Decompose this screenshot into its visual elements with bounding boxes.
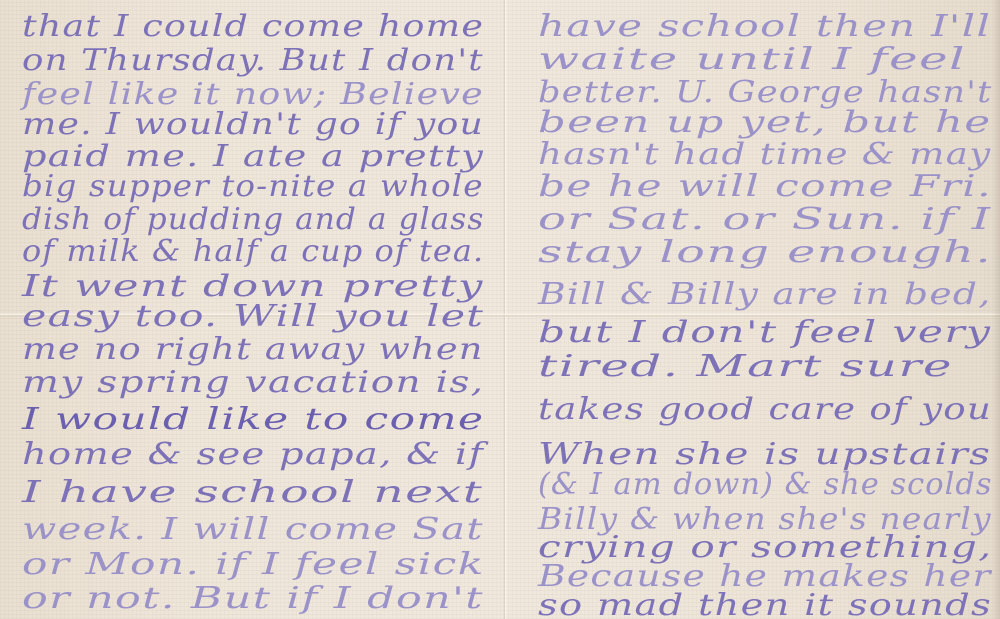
handwritten-line: of milk & half a cup of tea.	[22, 237, 484, 267]
handwritten-line: me. I wouldn't go if you	[22, 110, 484, 140]
handwritten-line: feel like it now; Believe	[22, 80, 484, 110]
handwritten-line: be he will come Fri.	[538, 172, 992, 202]
handwritten-line: Bill & Billy are in bed,	[538, 280, 991, 310]
handwritten-line: or Sat. or Sun. if I	[538, 205, 992, 235]
handwritten-line: so mad then it sounds	[538, 591, 992, 619]
handwritten-line: paid me. I ate a pretty	[22, 142, 484, 172]
right-column: have school then I'll waite until I feel…	[538, 0, 1000, 619]
handwritten-line: week. I will come Sat	[22, 515, 484, 545]
handwritten-letter-page: that I could come home on Thursday. But …	[0, 0, 1000, 619]
left-column: that I could come home on Thursday. But …	[22, 0, 492, 619]
handwritten-line: have school then I'll	[538, 12, 991, 42]
vertical-fold-crease	[503, 0, 507, 619]
handwritten-line: easy too. Will you let	[22, 302, 484, 332]
handwritten-line: hasn't had time & may	[538, 140, 991, 170]
handwritten-line: I would like to come	[22, 405, 484, 435]
handwritten-line: me no right away when	[22, 335, 484, 365]
handwritten-line: tired. Mart sure	[538, 352, 953, 382]
handwritten-line: waite until I feel	[538, 45, 966, 75]
handwritten-line: better. U. George hasn't	[538, 78, 992, 108]
handwritten-line: I have school next	[22, 478, 483, 508]
handwritten-line: (& I am down) & she scolds	[538, 470, 993, 500]
handwritten-line: on Thursday. But I don't	[22, 46, 484, 76]
handwritten-line: When she is upstairs	[538, 440, 991, 470]
handwritten-line: that I could come home	[22, 12, 484, 42]
handwritten-line: big supper to-nite a whole	[22, 172, 484, 202]
handwritten-line: home & see papa, & if	[22, 440, 484, 470]
handwritten-line: or not. But if I don't	[22, 584, 484, 614]
handwritten-line: dish of pudding and a glass	[22, 205, 484, 235]
handwritten-line: stay long enough.	[538, 238, 992, 268]
handwritten-line: takes good care of you	[538, 395, 992, 425]
handwritten-line: or Mon. if I feel sick	[22, 550, 485, 580]
handwritten-line: but I don't feel very	[538, 318, 991, 348]
handwritten-line: It went down pretty	[22, 272, 484, 302]
handwritten-line: my spring vacation is,	[22, 368, 484, 398]
handwritten-line: been up yet, but he	[538, 108, 992, 138]
